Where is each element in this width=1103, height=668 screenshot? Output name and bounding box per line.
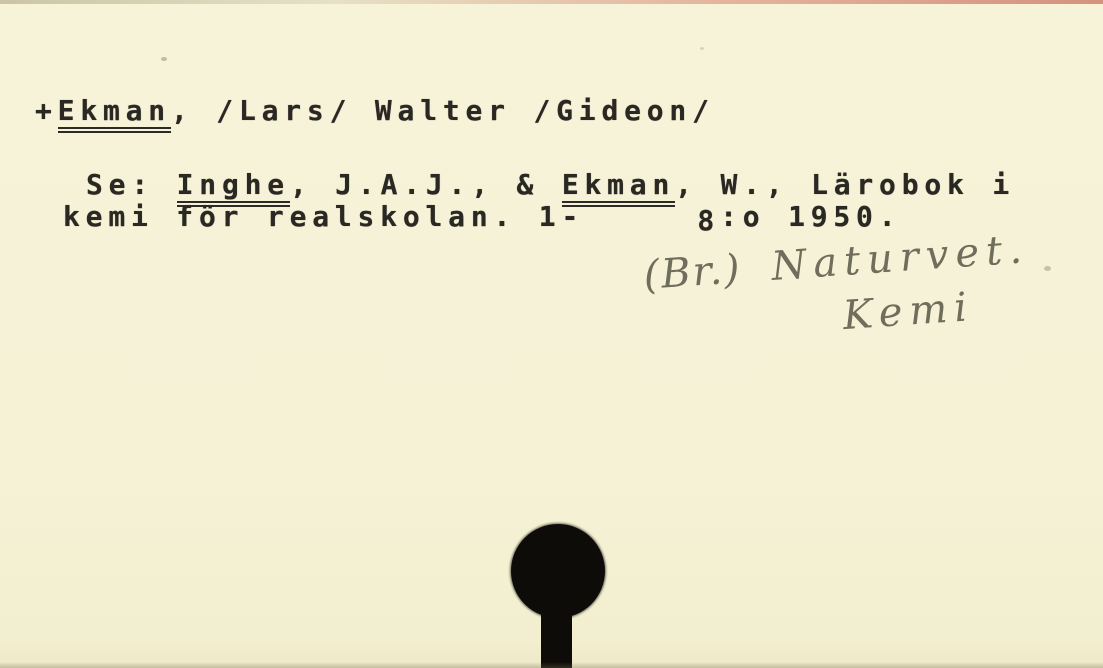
catalog-card: +Ekman, /Lars/ Walter /Gideon/ Se: Inghe… [0,0,1103,668]
see-reference-line-1: Se: Inghe, J.A.J., & Ekman, W., Lärobok … [86,169,1015,201]
card-top-edge [0,0,1103,4]
punch-hole-slot [541,600,572,668]
heading-forenames: , /Lars/ Walter /Gideon/ [171,94,715,127]
format-and-year: :o 1950. [720,200,901,233]
handwritten-row-2: Kemi [841,279,1034,340]
card-bottom-edge [0,662,1103,668]
handwritten-note: (Br.) Naturvet. Kemi [642,225,1034,354]
paper-speck [1044,266,1051,271]
paper-speck [161,57,167,61]
paper-speck [700,47,704,50]
format-digit: 8 [697,204,720,237]
see-reference-line-2: kemi för realskolan. 1- 8:o 1950. [63,201,901,233]
heading-surname-underlined: Ekman [58,94,171,133]
ref-title-continuation: kemi för realskolan. 1- [63,200,584,233]
see-label: Se: [86,168,177,201]
handwritten-classmark: (Br.) [642,245,743,300]
added-entry-plus-sign: + [35,94,58,127]
heading-line: +Ekman, /Lars/ Walter /Gideon/ [35,95,715,127]
handwritten-subject-kemi: Kemi [841,284,975,339]
ref-title-start: , W., Lärobok i [675,168,1015,201]
ref-author-initials: , J.A.J., & [290,168,562,201]
typed-gap [584,200,697,233]
